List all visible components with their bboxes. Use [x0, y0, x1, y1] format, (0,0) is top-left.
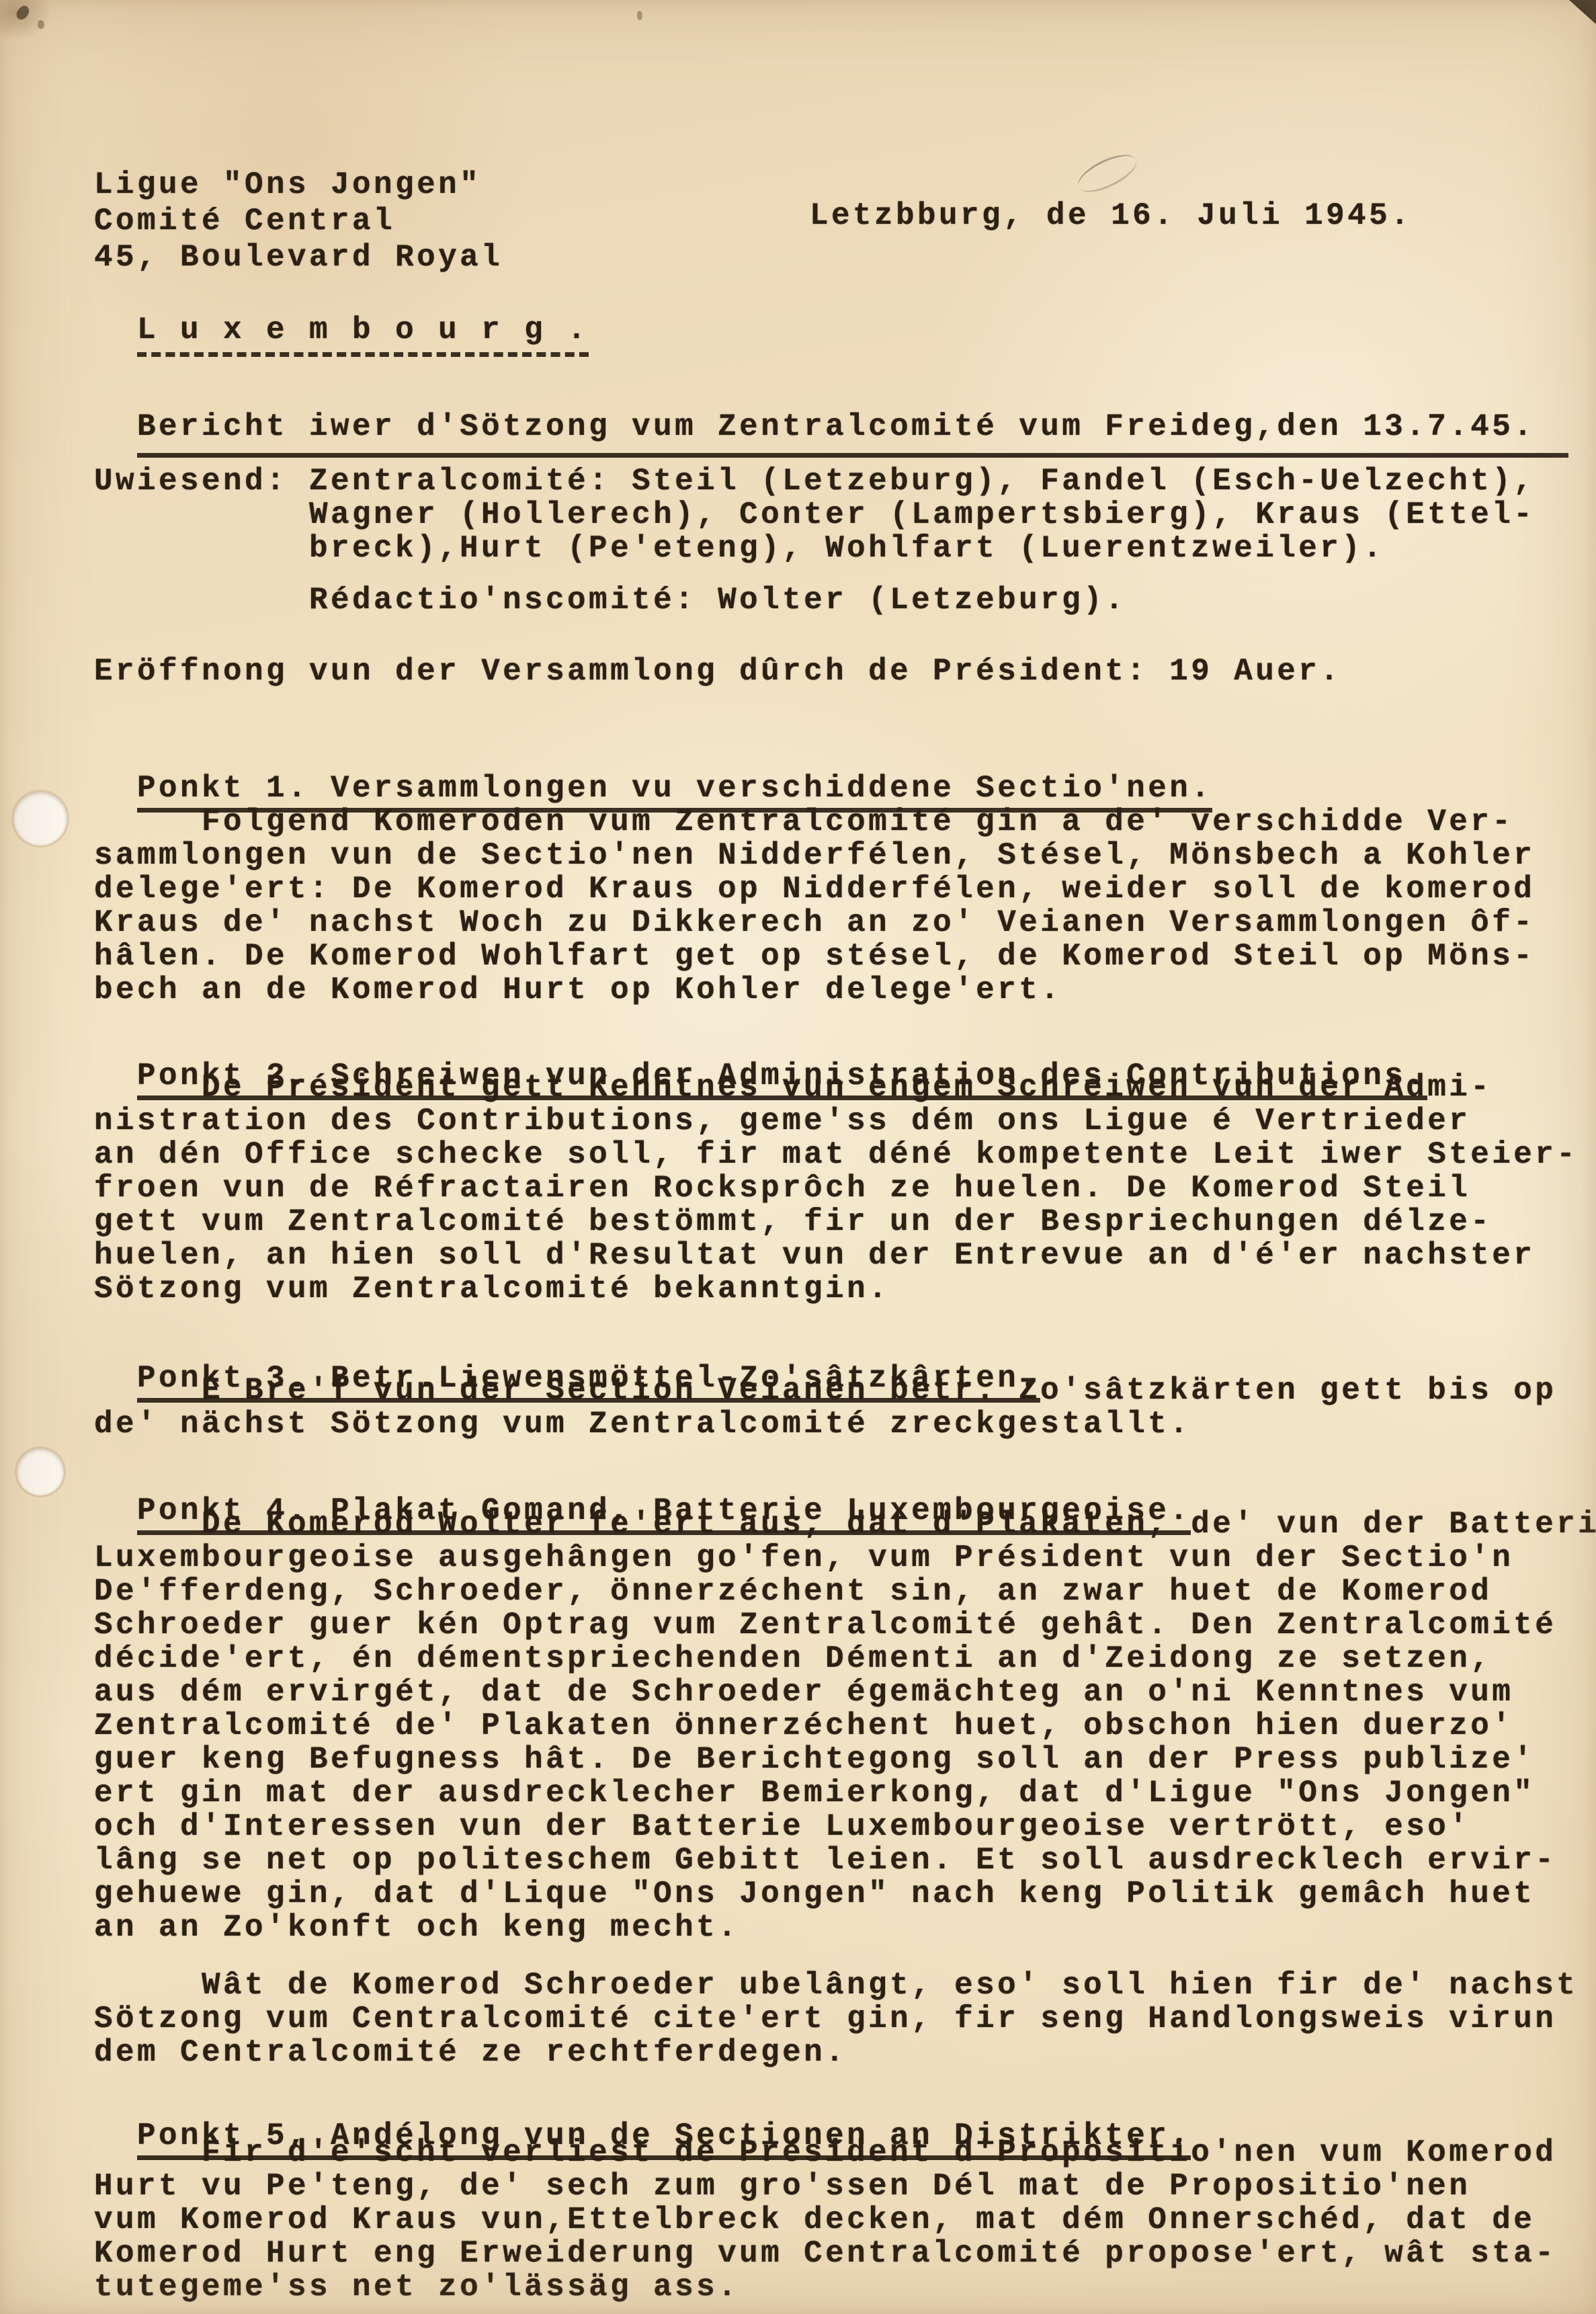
text-line: tutegeme'ss net zo'lässäg ass. — [94, 2270, 1556, 2304]
section-paragraph-1: Folgend Komeroden vum Zentralcomité gin … — [94, 805, 1535, 1007]
text-line: Uwiesend: Zentralcomité: Steil (Letzebur… — [94, 464, 1535, 498]
pencil-scribble — [1073, 147, 1142, 200]
section-paragraph-5: Fir d'e'scht verliest de Président d'Pro… — [94, 2136, 1556, 2304]
text-line: Wât de Komerod Schroeder ubelângt, eso' … — [94, 1969, 1578, 2002]
section-paragraph-3: E Bre'f vun der Section Veianen betr. Zo… — [94, 1374, 1556, 1441]
document-page: { "page": { "sender": { "lines": [ "Ligu… — [0, 0, 1596, 2314]
text-line: ert gin mat der ausdrecklecher Bemierkon… — [94, 1776, 1596, 1810]
text-line: Luxembourgeoise ausgehângen go'fen, vum … — [94, 1541, 1596, 1575]
text-line: De'fferdeng, Schroeder, önnerzéchent sin… — [94, 1575, 1596, 1608]
text-line: gett vum Zentralcomité bestömmt, fir un … — [94, 1205, 1578, 1239]
sender-address: Ligue "Ons Jongen"Comité Central45, Boul… — [94, 167, 503, 276]
ink-speck — [38, 20, 44, 29]
section-paragraph-4b: Wât de Komerod Schroeder ubelângt, eso' … — [94, 1969, 1578, 2069]
text-line: Schroeder guer kén Optrag vum Zentralcom… — [94, 1608, 1596, 1642]
section-paragraph-2: De Président gett Kenntnes vun engem Sch… — [94, 1071, 1578, 1306]
text-line: nistration des Contributions, geme'ss dé… — [94, 1104, 1578, 1138]
text-line: lâng se net op politeschem Gebitt leien.… — [94, 1844, 1596, 1877]
text-line: Folgend Komeroden vum Zentralcomité gin … — [94, 805, 1535, 839]
text-line: gehuewe gin, dat d'Lique "Ons Jongen" na… — [94, 1877, 1596, 1911]
section-paragraph-4a: De Komerod Wolter fe'ert aus, dat d'Plak… — [94, 1507, 1596, 1944]
text-line: froen vun de Réfractairen Rocksprôch ze … — [94, 1171, 1578, 1205]
text-line: breck),Hurt (Pe'eteng), Wohlfart (Lueren… — [94, 532, 1535, 565]
sender-city-text: L u x e m b o u r g . — [137, 312, 589, 357]
text-line: décide'ert, én démentspriechenden Dément… — [94, 1642, 1596, 1676]
punch-hole — [17, 1448, 64, 1495]
text-line: och d'Interessen vun der Batterie Luxemb… — [94, 1810, 1596, 1844]
text-line: dem Centralcomité ze rechtferdegen. — [94, 2036, 1578, 2069]
corner-mark — [1569, 0, 1596, 24]
punch-hole — [13, 792, 67, 845]
attendees-block: Uwiesend: Zentralcomité: Steil (Letzebur… — [94, 464, 1535, 565]
text-line: 45, Boulevard Royal — [94, 239, 503, 276]
text-line: guer keng Befugness hât. De Berichtegong… — [94, 1743, 1596, 1776]
opening-line: Eröffnong vun der Versammlong dûrch de P… — [94, 655, 1341, 688]
text-line: bech an de Komerod Hurt op Kohler delege… — [94, 973, 1535, 1007]
corner-smudge — [0, 0, 74, 60]
report-title: Bericht iwer d'Sötzong vum Zentralcomité… — [94, 376, 1568, 458]
redaction-committee-line: Rédactio'nscomité: Wolter (Letzeburg). — [309, 583, 1126, 617]
text-line: sammlongen vun de Sectio'nen Nidderfélen… — [94, 839, 1535, 872]
text-line: an dén Office schecke soll, fir mat déné… — [94, 1138, 1578, 1171]
text-line: De Président gett Kenntnes vun engem Sch… — [94, 1071, 1578, 1104]
text-line: hâlen. De Komerod Wohlfart get op stésel… — [94, 940, 1535, 973]
text-line: Zentralcomité de' Plakaten önnerzéchent … — [94, 1709, 1596, 1743]
text-line: Sötzong vum Zentralcomité bekanntgin. — [94, 1272, 1578, 1306]
text-line: vum Komerod Kraus vun,Ettelbreck decken,… — [94, 2203, 1556, 2237]
ink-speck — [637, 11, 642, 20]
text-line: Sötzong vum Centralcomité cite'ert gin, … — [94, 2002, 1578, 2036]
text-line: Kraus de' nachst Woch zu Dikkerech an zo… — [94, 906, 1535, 940]
sender-city: L u x e m b o u r g . — [94, 276, 589, 357]
text-line: E Bre'f vun der Section Veianen betr. Zo… — [94, 1374, 1556, 1407]
text-line: Hurt vu Pe'teng, de' sech zum gro'ssen D… — [94, 2170, 1556, 2203]
report-title-text: Bericht iwer d'Sötzong vum Zentralcomité… — [137, 410, 1568, 458]
text-line: Wagner (Hollerech), Conter (Lampertsbier… — [94, 498, 1535, 532]
text-line: huelen, an hien soll d'Resultat vun der … — [94, 1239, 1578, 1272]
text-line: Ligue "Ons Jongen" — [94, 167, 503, 203]
text-line: De Komerod Wolter fe'ert aus, dat d'Plak… — [94, 1507, 1596, 1541]
text-line: Komerod Hurt eng Erweiderung vum Central… — [94, 2237, 1556, 2270]
text-line: Fir d'e'scht verliest de Président d'Pro… — [94, 2136, 1556, 2170]
text-line: aus dém ervirgét, dat de Schroeder égemä… — [94, 1676, 1596, 1709]
date-line: Letzbburg, de 16. Juli 1945. — [810, 199, 1412, 233]
section-heading-1: Ponkt 1. Versammlongen vu verschiddene S… — [94, 738, 1212, 813]
text-line: delege'ert: De Komerod Kraus op Nidderfé… — [94, 872, 1535, 906]
text-line: Comité Central — [94, 203, 503, 239]
text-line: de' nächst Sötzong vum Zentralcomité zre… — [94, 1407, 1556, 1441]
text-line: an an Zo'konft och keng mecht. — [94, 1911, 1596, 1944]
